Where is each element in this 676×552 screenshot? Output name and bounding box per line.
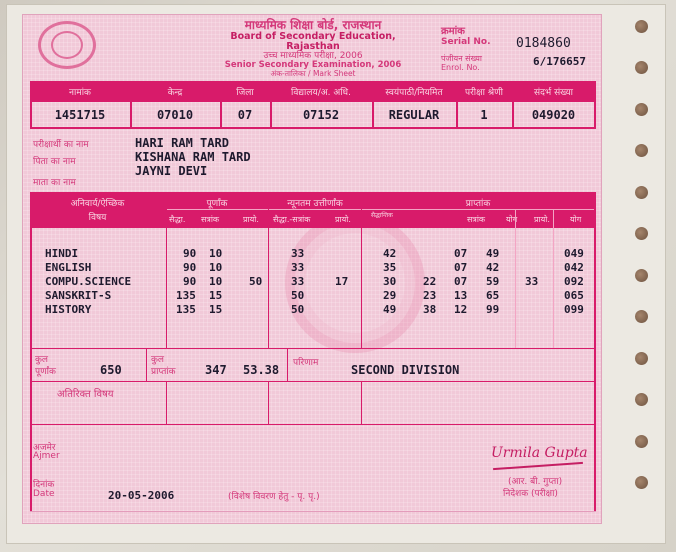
roll-no-value: 1451715 — [30, 108, 130, 122]
header-titles: माध्यमिक शिक्षा बोर्ड, राजस्थान Board of… — [203, 19, 423, 78]
footer-note: (विशेष विवरण हेतु - पृ. पृ.) — [228, 489, 320, 502]
min-theory: 33 — [291, 275, 304, 288]
subject-name: ENGLISH — [45, 261, 91, 274]
regular-value: REGULAR — [372, 108, 456, 122]
total-max-marks: 650 — [100, 363, 122, 377]
obt-total: 049 — [564, 247, 584, 260]
table-row: COMPU.SCIENCE 90 10 50 33 17 30 22 07 59… — [23, 275, 603, 290]
obt-total: 099 — [564, 303, 584, 316]
board-seal-icon — [38, 21, 96, 69]
regular-header: स्वयंपाठी/नियमित — [372, 85, 456, 98]
hole-icon — [635, 393, 648, 406]
obt-theory-1: 30 — [383, 275, 396, 288]
total-max-label-2: पूर्णांक — [35, 364, 56, 377]
enrol-number: 6/176657 — [533, 55, 586, 68]
mark-sheet: माध्यमिक शिक्षा बोर्ड, राजस्थान Board of… — [22, 14, 602, 524]
obt-sum: 42 — [486, 261, 499, 274]
school-header: विद्यालय/अ. अधि. — [270, 85, 372, 98]
max-sessional: 15 — [209, 289, 222, 302]
category-value: 1 — [456, 108, 512, 122]
father-name: KISHANA RAM TARD — [135, 150, 251, 164]
place-label: Ajmer — [33, 451, 60, 461]
candidate-name-label: परीक्षार्थी का नाम — [33, 137, 89, 150]
hole-icon — [635, 20, 648, 33]
obt-sessional-sub: सत्रांक — [467, 214, 485, 225]
subject-header-2: विषय — [30, 210, 165, 223]
max-theory: 90 — [183, 247, 196, 260]
obt-sum: 59 — [486, 275, 499, 288]
obt-sum: 65 — [486, 289, 499, 302]
hole-icon — [635, 61, 648, 74]
obt-theory-1: 29 — [383, 289, 396, 302]
subject-name: HINDI — [45, 247, 78, 260]
max-sessional: 10 — [209, 261, 222, 274]
obt-practical: 33 — [525, 275, 538, 288]
hole-icon — [635, 269, 648, 282]
subject-name: SANSKRIT-S — [45, 289, 111, 302]
obt-sessional: 07 — [454, 247, 467, 260]
obt-practical-sub: प्रायो. — [534, 214, 550, 225]
max-theory: 135 — [176, 289, 196, 302]
serial-label: Serial No. — [441, 37, 491, 47]
max-sessional: 15 — [209, 303, 222, 316]
table-row: HINDI 90 10 33 42 07 49 049 — [23, 247, 603, 262]
max-sessional: 10 — [209, 275, 222, 288]
hole-icon — [635, 227, 648, 240]
min-theory: 33 — [291, 261, 304, 274]
perforation-holes — [632, 20, 652, 520]
max-sessional: 10 — [209, 247, 222, 260]
min-theory: 50 — [291, 303, 304, 316]
obt-sessional: 12 — [454, 303, 467, 316]
obt-total: 042 — [564, 261, 584, 274]
signatory-title: निदेशक (परीक्षा) — [503, 486, 558, 499]
hole-icon — [635, 144, 648, 157]
date-label: Date — [33, 489, 55, 499]
total-obt-label-2: प्राप्तांक — [151, 364, 176, 377]
max-practical: 50 — [249, 275, 262, 288]
subject-name: COMPU.SCIENCE — [45, 275, 131, 288]
obt-total-sub: योग — [570, 214, 581, 225]
board-name-hindi: माध्यमिक शिक्षा बोर्ड, राजस्थान — [203, 19, 423, 32]
hole-icon — [635, 435, 648, 448]
centre-value: 07010 — [130, 108, 220, 122]
min-theory: 33 — [291, 247, 304, 260]
school-value: 07152 — [270, 108, 372, 122]
obt-theory-sub: सैद्धान्तिक — [371, 211, 393, 219]
obt-sessional: 07 — [454, 275, 467, 288]
father-name-label: पिता का नाम — [33, 154, 76, 167]
obt-theory-1: 42 — [383, 247, 396, 260]
hole-icon — [635, 310, 648, 323]
result-value: SECOND DIVISION — [351, 363, 459, 377]
min-pass-header: न्यूनतम उत्तीर्णांक — [269, 196, 361, 209]
mother-name: JAYNI DEVI — [135, 164, 207, 178]
obtained-header: प्राप्तांक — [361, 196, 595, 209]
hole-icon — [635, 476, 648, 489]
obt-theory-1: 49 — [383, 303, 396, 316]
subject-name: HISTORY — [45, 303, 91, 316]
reference-value: 049020 — [512, 108, 595, 122]
district-header: जिला — [220, 85, 270, 98]
enrol-label: Enrol. No. — [441, 63, 480, 72]
sheet-type: अंक-तालिका / Mark Sheet — [203, 70, 423, 78]
roll-no-header: नामांक — [30, 85, 130, 98]
min-practical-sub: प्रायो. — [335, 214, 351, 225]
max-theory: 90 — [183, 261, 196, 274]
max-theory-sub: सैद्धा. — [169, 214, 185, 225]
centre-header: केन्द्र — [130, 85, 220, 98]
category-header: परीक्षा श्रेणी — [456, 85, 512, 98]
serial-number: 0184860 — [516, 36, 571, 51]
table-row: HISTORY 135 15 50 49 38 12 99 099 — [23, 303, 603, 318]
obt-theory-2: 38 — [423, 303, 436, 316]
obt-theory-2: 23 — [423, 289, 436, 302]
obt-sessional: 07 — [454, 261, 467, 274]
table-row: ENGLISH 90 10 33 35 07 42 042 — [23, 261, 603, 276]
subject-header: अनिवार्य/ऐच्छिक — [30, 196, 165, 209]
serial-label-hindi: क्रमांक — [441, 23, 465, 37]
total-obtained-marks: 347 — [205, 363, 227, 377]
max-practical-sub: प्रायो. — [243, 214, 259, 225]
hole-icon — [635, 352, 648, 365]
max-marks-header: पूर्णांक — [166, 196, 268, 209]
mother-name-label: माता का नाम — [33, 175, 76, 188]
obt-sum: 99 — [486, 303, 499, 316]
obt-theory-2: 22 — [423, 275, 436, 288]
director-signature: Urmila Gupta — [491, 445, 588, 461]
obt-sum: 49 — [486, 247, 499, 260]
issue-date: 20-05-2006 — [108, 489, 174, 502]
board-name-english: Board of Secondary Education, Rajasthan — [203, 32, 423, 52]
table-row: SANSKRIT-S 135 15 50 29 23 13 65 065 — [23, 289, 603, 304]
min-theory: 50 — [291, 289, 304, 302]
candidate-name: HARI RAM TARD — [135, 136, 229, 150]
obt-theory-1: 35 — [383, 261, 396, 274]
min-theory-sub: सैद्धा.-सत्रांक — [273, 214, 310, 225]
result-label: परिणाम — [293, 355, 318, 368]
percentage: 53.38 — [243, 363, 279, 377]
hole-icon — [635, 186, 648, 199]
obt-total: 092 — [564, 275, 584, 288]
reference-header: संदर्भ संख्या — [512, 85, 595, 98]
hole-icon — [635, 103, 648, 116]
obt-total: 065 — [564, 289, 584, 302]
additional-subject-label: अतिरिक्त विषय — [57, 386, 114, 400]
district-value: 07 — [220, 108, 270, 122]
min-practical: 17 — [335, 275, 348, 288]
obt-sessional: 13 — [454, 289, 467, 302]
max-sessional-sub: सत्रांक — [201, 214, 219, 225]
max-theory: 90 — [183, 275, 196, 288]
max-theory: 135 — [176, 303, 196, 316]
